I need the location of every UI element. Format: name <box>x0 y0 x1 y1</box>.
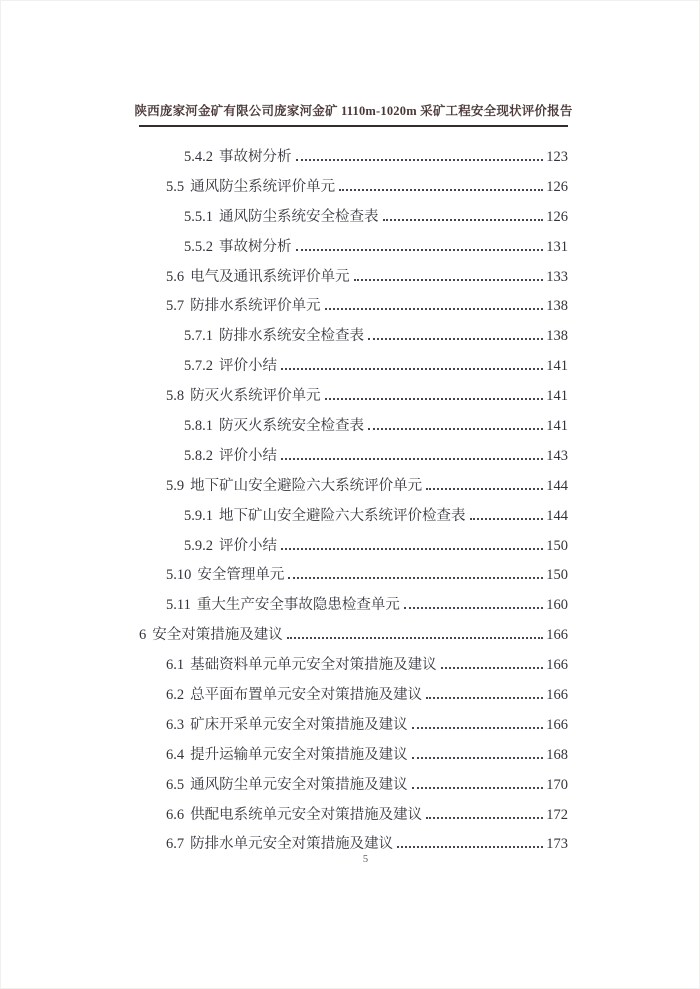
toc-entry: 5.5.1 通风防尘系统安全检查表 126 <box>139 205 568 235</box>
toc-entry-page: 168 <box>546 747 568 764</box>
dot-leader <box>281 368 543 370</box>
toc-entry-title: 通风防尘系统评价单元 <box>190 175 335 196</box>
toc-entry: 5.5.2 事故树分析 131 <box>139 235 568 265</box>
toc-entry-title: 安全管理单元 <box>197 563 284 584</box>
dot-leader <box>441 667 544 669</box>
toc-list: 5.4.2 事故树分析 123 5.5 通风防尘系统评价单元 126 5.5.1… <box>139 145 568 862</box>
toc-entry-page: 150 <box>546 567 568 584</box>
toc-entry: 5.10 安全管理单元 150 <box>139 563 568 593</box>
toc-entry-title: 电气及通讯系统评价单元 <box>190 265 350 286</box>
toc-entry-title: 事故树分析 <box>219 145 292 166</box>
toc-entry-number: 6.3 <box>166 717 184 734</box>
toc-entry: 5.8.1 防灭火系统安全检查表 141 <box>139 414 568 444</box>
toc-entry-title: 防灭火系统安全检查表 <box>219 414 364 435</box>
toc-entry-number: 6 <box>139 627 146 644</box>
toc-entry-page: 160 <box>546 597 568 614</box>
toc-entry-title: 地下矿山安全避险六大系统评价检查表 <box>219 504 466 525</box>
toc-entry-title: 防排水单元安全对策措施及建议 <box>190 832 393 853</box>
toc-entry: 6.1 基础资料单元单元安全对策措施及建议 166 <box>139 653 568 683</box>
toc-entry-number: 5.10 <box>166 567 191 584</box>
toc-entry-number: 5.8 <box>166 388 184 405</box>
dot-leader <box>281 458 543 460</box>
toc-entry-number: 5.8.1 <box>184 418 213 435</box>
report-header: 陕西庞家河金矿有限公司庞家河金矿 1110m-1020m 采矿工程安全现状评价报… <box>132 101 575 119</box>
toc-entry-page: 126 <box>546 179 568 196</box>
toc-entry-title: 重大生产安全事故隐患检查单元 <box>197 593 400 614</box>
toc-entry-number: 6.5 <box>166 777 184 794</box>
toc-entry-title: 评价小结 <box>219 534 277 555</box>
dot-leader <box>354 279 544 281</box>
toc-entry-title: 安全对策措施及建议 <box>152 623 283 644</box>
toc-entry: 6.3 矿床开采单元安全对策措施及建议 166 <box>139 713 568 743</box>
toc-entry-title: 通风防尘系统安全检查表 <box>219 205 379 226</box>
toc-entry-page: 138 <box>546 298 568 315</box>
toc-entry-title: 总平面布置单元安全对策措施及建议 <box>190 683 422 704</box>
toc-entry-page: 141 <box>546 388 568 405</box>
toc-entry-number: 5.7.2 <box>184 358 213 375</box>
toc-entry-number: 5.9.1 <box>184 508 213 525</box>
dot-leader <box>325 308 544 310</box>
toc-entry-number: 5.7.1 <box>184 328 213 345</box>
toc-entry-page: 166 <box>546 717 568 734</box>
dot-leader <box>287 637 544 639</box>
dot-leader <box>368 338 543 340</box>
toc-entry-title: 评价小结 <box>219 354 277 375</box>
dot-leader <box>426 817 543 819</box>
dot-leader <box>404 607 543 609</box>
dot-leader <box>296 159 544 161</box>
toc-entry-page: 170 <box>546 777 568 794</box>
toc-entry-page: 144 <box>546 478 568 495</box>
toc-entry: 5.11 重大生产安全事故隐患检查单元 160 <box>139 593 568 623</box>
toc-entry-title: 事故树分析 <box>219 235 292 256</box>
toc-entry-number: 5.5.1 <box>184 209 213 226</box>
page-number: 5 <box>139 854 568 865</box>
toc-entry-title: 评价小结 <box>219 444 277 465</box>
toc-entry-title: 通风防尘单元安全对策措施及建议 <box>190 773 408 794</box>
toc-entry-number: 5.4.2 <box>184 149 213 166</box>
toc-entry-title: 矿床开采单元安全对策措施及建议 <box>190 713 408 734</box>
dot-leader <box>426 697 543 699</box>
dot-leader <box>412 757 544 759</box>
document-page: 陕西庞家河金矿有限公司庞家河金矿 1110m-1020m 采矿工程安全现状评价报… <box>0 0 700 989</box>
toc-entry: 6 安全对策措施及建议 166 <box>139 623 568 653</box>
dot-leader <box>325 398 544 400</box>
toc-entry-title: 基础资料单元单元安全对策措施及建议 <box>190 653 437 674</box>
dot-leader <box>397 846 543 848</box>
toc-entry-number: 5.9 <box>166 478 184 495</box>
toc-entry-number: 5.5 <box>166 179 184 196</box>
toc-entry-page: 123 <box>546 149 568 166</box>
dot-leader <box>296 249 544 251</box>
dot-leader <box>288 577 543 579</box>
toc-entry-page: 131 <box>546 239 568 256</box>
toc-entry-number: 5.5.2 <box>184 239 213 256</box>
toc-entry: 5.9 地下矿山安全避险六大系统评价单元 144 <box>139 474 568 504</box>
toc-entry: 6.2 总平面布置单元安全对策措施及建议 166 <box>139 683 568 713</box>
toc-entry: 6.6 供配电系统单元安全对策措施及建议 172 <box>139 803 568 833</box>
toc-entry: 5.7.1 防排水系统安全检查表 138 <box>139 324 568 354</box>
toc-entry-number: 5.6 <box>166 269 184 286</box>
dot-leader <box>281 548 543 550</box>
toc-entry: 5.8 防灭火系统评价单元 141 <box>139 384 568 414</box>
toc-entry-page: 166 <box>546 657 568 674</box>
dot-leader <box>470 518 544 520</box>
toc-entry-number: 5.7 <box>166 298 184 315</box>
toc-entry-page: 166 <box>546 627 568 644</box>
toc-entry-page: 141 <box>546 418 568 435</box>
toc-entry-title: 地下矿山安全避险六大系统评价单元 <box>190 474 422 495</box>
toc-entry: 6.5 通风防尘单元安全对策措施及建议 170 <box>139 773 568 803</box>
toc-entry: 5.7 防排水系统评价单元 138 <box>139 294 568 324</box>
toc-entry-number: 5.9.2 <box>184 538 213 555</box>
toc-entry-number: 6.6 <box>166 807 184 824</box>
toc-entry: 5.6 电气及通讯系统评价单元 133 <box>139 265 568 295</box>
toc-entry-title: 供配电系统单元安全对策措施及建议 <box>190 803 422 824</box>
toc-entry-number: 6.7 <box>166 836 184 853</box>
toc-entry-page: 166 <box>546 687 568 704</box>
dot-leader <box>368 428 543 430</box>
toc-entry: 5.4.2 事故树分析 123 <box>139 145 568 175</box>
toc-entry-page: 144 <box>546 508 568 525</box>
toc-entry-number: 6.2 <box>166 687 184 704</box>
toc-entry: 5.9.2 评价小结 150 <box>139 534 568 564</box>
toc-entry-page: 150 <box>546 538 568 555</box>
toc-entry-title: 防排水系统安全检查表 <box>219 324 364 345</box>
toc-entry: 5.9.1 地下矿山安全避险六大系统评价检查表 144 <box>139 504 568 534</box>
toc-entry-page: 143 <box>546 448 568 465</box>
toc-entry-page: 133 <box>546 269 568 286</box>
toc-entry-title: 防灭火系统评价单元 <box>190 384 321 405</box>
dot-leader <box>412 727 544 729</box>
toc-entry-title: 提升运输单元安全对策措施及建议 <box>190 743 408 764</box>
toc-entry-number: 6.4 <box>166 747 184 764</box>
dot-leader <box>339 189 543 191</box>
toc-entry-number: 6.1 <box>166 657 184 674</box>
toc-entry-title: 防排水系统评价单元 <box>190 294 321 315</box>
dot-leader <box>426 488 543 490</box>
toc-entry-page: 173 <box>546 836 568 853</box>
toc-entry: 5.7.2 评价小结 141 <box>139 354 568 384</box>
dot-leader <box>383 219 544 221</box>
toc-entry-page: 126 <box>546 209 568 226</box>
header-rule <box>139 125 568 127</box>
toc-entry-page: 172 <box>546 807 568 824</box>
toc-entry-number: 5.8.2 <box>184 448 213 465</box>
toc-entry-number: 5.11 <box>166 597 191 614</box>
toc-entry-page: 138 <box>546 328 568 345</box>
toc-entry: 5.5 通风防尘系统评价单元 126 <box>139 175 568 205</box>
toc-entry: 6.4 提升运输单元安全对策措施及建议 168 <box>139 743 568 773</box>
toc-entry: 5.8.2 评价小结 143 <box>139 444 568 474</box>
dot-leader <box>412 787 544 789</box>
toc-entry-page: 141 <box>546 358 568 375</box>
